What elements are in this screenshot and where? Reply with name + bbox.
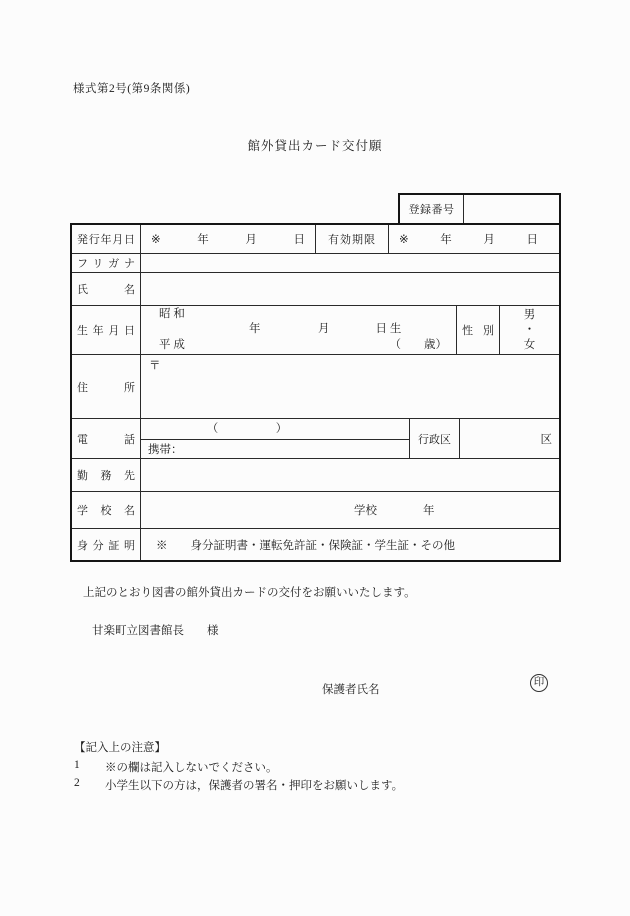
furigana-value-cell	[140, 254, 559, 272]
request-sentence: 上記のとおり図書の館外貸出カードの交付をお願いいたします。	[83, 584, 416, 600]
address-label-cell: 住所	[72, 355, 140, 418]
seal-mark-icon: 印	[530, 674, 548, 692]
expiry-day-label: 日	[526, 231, 538, 247]
age-label: （ 歳）	[390, 338, 457, 354]
expiry-value-cell: ※ 年 月 日	[388, 225, 559, 253]
table-row-school: 学校名 学校 年	[72, 491, 559, 528]
application-table: 発行年月日 ※ 年 月 日 有効期限 ※ 年 月 日 フリガナ	[70, 223, 561, 562]
phone-home-line: （ ）	[141, 419, 409, 440]
name-label: 氏名	[72, 281, 140, 297]
gender-label-cell: 性別	[456, 306, 499, 354]
table-row-address: 住所 〒	[72, 354, 559, 418]
issue-month-label: 月	[245, 231, 257, 247]
table-row-phone: 電話 （ ） 携帯： 行政区 区	[72, 418, 559, 458]
note-1-text: ※の欄は記入しないでください。	[105, 759, 278, 775]
school-value-cell: 学校 年	[140, 492, 559, 528]
school-label: 学校名	[72, 502, 140, 518]
expiry-month-label: 月	[483, 231, 495, 247]
idproof-label-cell: 身分証明	[72, 529, 140, 560]
era-showa-label: 昭 和	[141, 307, 456, 323]
phone-label-cell: 電話	[72, 419, 140, 458]
form-number: 様式第2号(第9条関係)	[73, 80, 190, 96]
district-label-cell: 行政区	[409, 419, 459, 458]
notes-title: 【記入上の注意】	[74, 739, 166, 755]
note-item-1: 1 ※の欄は記入しないでください。	[74, 759, 278, 775]
application-form-sheet: 様式第2号(第9条関係) 館外貸出カード交付願 登録番号 発行年月日 ※ 年 月…	[0, 0, 630, 916]
birth-value-cell: 昭 和 年 月 日 生 平 成 （ 歳）	[140, 306, 456, 354]
birth-date-line: 年 月 日 生	[141, 322, 456, 338]
district-value-cell: 区	[459, 419, 559, 458]
workplace-label: 勤務先	[72, 467, 140, 483]
table-row-birth: 生年月日 昭 和 年 月 日 生 平 成 （ 歳） 性別 男 ・ 女	[72, 305, 559, 354]
idproof-label: 身分証明	[72, 537, 140, 553]
issue-date-label-cell: 発行年月日	[72, 225, 140, 253]
table-row-name: 氏名	[72, 272, 559, 305]
furigana-label-cell: フリガナ	[72, 254, 140, 272]
school-label-cell: 学校名	[72, 492, 140, 528]
workplace-value-cell	[140, 459, 559, 491]
table-row-idproof: 身分証明 ※ 身分証明書・運転免許証・保険証・学生証・その他	[72, 528, 559, 560]
birth-label-cell: 生年月日	[72, 306, 140, 354]
expiry-label-cell: 有効期限	[315, 225, 388, 253]
gender-label: 性別	[457, 322, 499, 338]
issue-day-label: 日	[293, 231, 305, 247]
name-label-cell: 氏名	[72, 273, 140, 305]
registration-number-label: 登録番号	[400, 195, 464, 223]
registration-number-value	[464, 195, 559, 223]
era-age-line: 平 成 （ 歳）	[141, 338, 456, 354]
furigana-label: フリガナ	[72, 255, 140, 271]
table-row-furigana: フリガナ	[72, 253, 559, 272]
workplace-label-cell: 勤務先	[72, 459, 140, 491]
gender-option-separator: ・	[524, 323, 536, 338]
name-value-cell	[140, 273, 559, 305]
idproof-value-cell: ※ 身分証明書・運転免許証・保険証・学生証・その他	[140, 529, 559, 560]
expiry-year-label: 年	[440, 231, 452, 247]
page-title: 館外貸出カード交付願	[0, 136, 630, 154]
note-2-text: 小学生以下の方は，保護者の署名・押印をお願いします。	[105, 777, 403, 793]
expiry-label: 有効期限	[328, 231, 376, 247]
registration-number-box: 登録番号	[398, 193, 561, 223]
issue-date-value-cell: ※ 年 月 日	[140, 225, 315, 253]
era-heisei-label: 平 成	[141, 338, 185, 354]
gender-options-cell: 男 ・ 女	[499, 306, 559, 354]
phone-mobile-line: 携帯：	[141, 440, 409, 458]
table-row-issue-date: 発行年月日 ※ 年 月 日 有効期限 ※ 年 月 日	[72, 225, 559, 253]
issue-asterisk: ※	[151, 232, 161, 246]
gender-option-female: 女	[524, 338, 536, 353]
phone-label: 電話	[72, 431, 140, 447]
addressee-line: 甘楽町立図書館長 様	[92, 622, 219, 638]
guardian-name-label: 保護者氏名	[322, 681, 380, 697]
gender-option-male: 男	[524, 308, 536, 323]
note-2-number: 2	[74, 777, 105, 793]
issue-date-label: 発行年月日	[72, 231, 140, 247]
address-label: 住所	[72, 379, 140, 395]
expiry-asterisk: ※	[399, 232, 409, 246]
issue-year-label: 年	[197, 231, 209, 247]
note-item-2: 2 小学生以下の方は，保護者の署名・押印をお願いします。	[74, 777, 403, 793]
note-1-number: 1	[74, 759, 105, 775]
address-value-cell: 〒	[140, 355, 559, 418]
table-row-workplace: 勤務先	[72, 458, 559, 491]
phone-value-cell: （ ） 携帯：	[140, 419, 409, 458]
postal-mark: 〒	[149, 357, 161, 373]
birth-label: 生年月日	[72, 322, 140, 338]
